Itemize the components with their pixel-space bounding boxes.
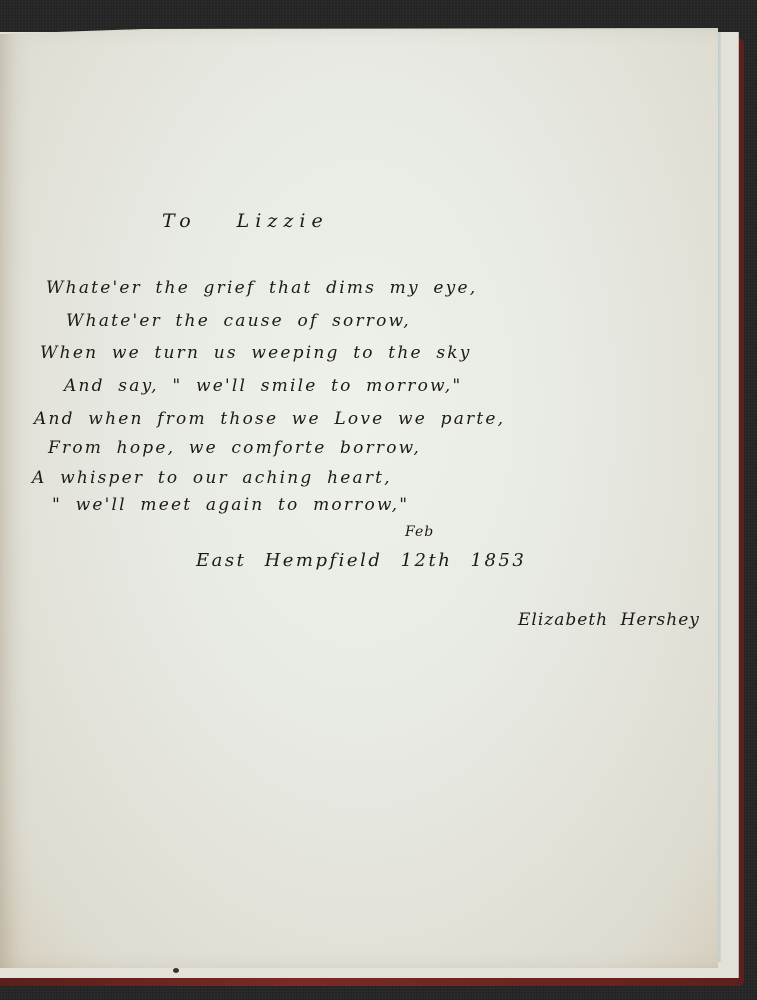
date-month: Feb xyxy=(405,524,434,540)
poem-line: Whate'er the cause of sorrow, xyxy=(66,311,411,331)
poem-line: Whate'er the grief that dims my eye, xyxy=(46,278,477,298)
poem-title: To Lizzie xyxy=(162,210,329,232)
ink-spot xyxy=(173,968,179,973)
place-date: East Hempfield 12th 1853 xyxy=(196,550,526,571)
album-page: To Lizzie Whate'er the grief that dims m… xyxy=(0,28,718,968)
poem-line: From hope, we comforte borrow, xyxy=(48,438,421,458)
signature: Elizabeth Hershey xyxy=(518,610,700,630)
poem-line: A whisper to our aching heart, xyxy=(32,468,392,488)
poem-line: When we turn us weeping to the sky xyxy=(40,343,472,363)
poem-line: And say, " we'll smile to morrow," xyxy=(64,376,462,396)
poem-line: " we'll meet again to morrow," xyxy=(52,495,409,515)
poem-line: And when from those we Love we parte, xyxy=(34,409,505,429)
